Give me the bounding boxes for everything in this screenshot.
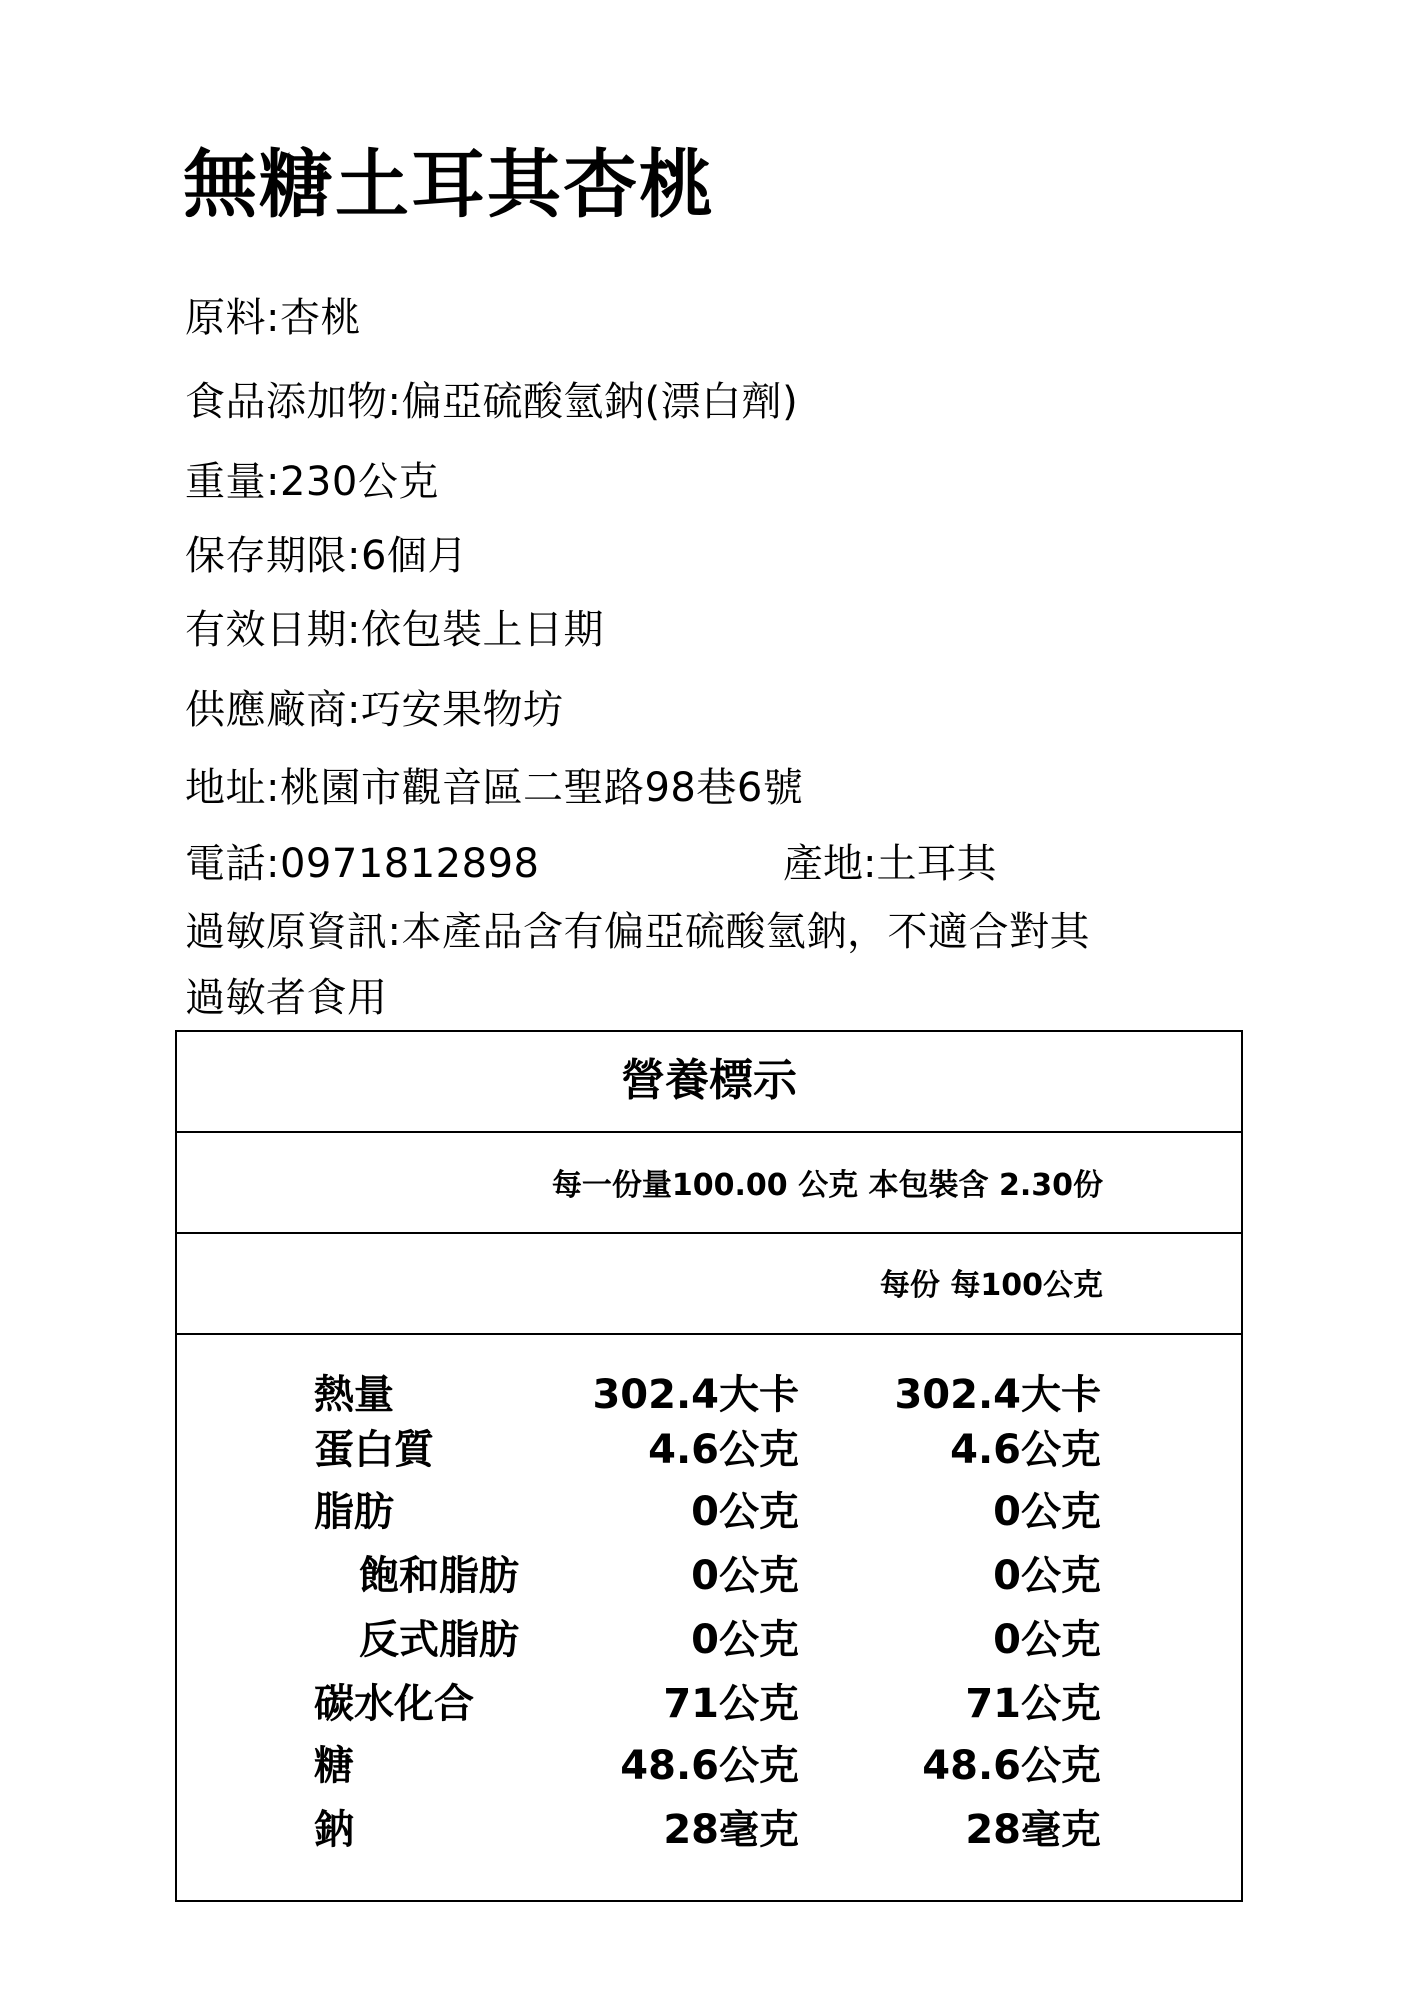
nutrient-name: 蛋白質: [314, 1430, 434, 1470]
nutrient-name: 飽和脂肪: [359, 1556, 519, 1596]
nutrient-per-serving: 28毫克: [539, 1810, 799, 1850]
nutrient-row-trans-fat: 反式脂肪 0公克 0公克: [177, 1620, 1241, 1680]
supplier-text: 供應廠商:巧安果物坊: [185, 690, 563, 730]
nutrient-per-serving: 71公克: [539, 1684, 799, 1724]
nutrient-per-100g: 302.4大卡: [841, 1375, 1101, 1415]
column-header-row: 每份 每100公克: [177, 1234, 1241, 1335]
allergen-text-line1: 過敏原資訊:本產品含有偏亞硫酸氫鈉，不適合對其: [185, 912, 1090, 952]
nutrient-row-calories: 熱量 302.4大卡 302.4大卡: [177, 1375, 1241, 1435]
nutrient-row-saturated-fat: 飽和脂肪 0公克 0公克: [177, 1556, 1241, 1616]
ingredients-text: 原料:杏桃: [185, 298, 361, 338]
origin-text: 產地:土耳其: [783, 844, 996, 884]
nutrient-name: 碳水化合: [314, 1684, 474, 1724]
nutrient-per-100g: 4.6公克: [841, 1430, 1101, 1470]
nutrition-table: 營養標示 每一份量100.00 公克 本包裝含 2.30份 每份 每100公克 …: [175, 1030, 1243, 1902]
nutrient-name: 糖: [314, 1746, 354, 1786]
additives-text: 食品添加物:偏亞硫酸氫鈉(漂白劑): [185, 382, 798, 422]
nutrient-per-serving: 4.6公克: [539, 1430, 799, 1470]
nutrient-row-carbohydrate: 碳水化合 71公克 71公克: [177, 1684, 1241, 1744]
nutrient-per-serving: 0公克: [539, 1556, 799, 1596]
nutrient-name: 脂肪: [314, 1492, 394, 1532]
allergen-text-line2: 過敏者食用: [185, 978, 388, 1018]
expiry-text: 有效日期:依包裝上日期: [185, 610, 604, 650]
column-headers: 每份 每100公克: [880, 1271, 1103, 1301]
nutrient-per-serving: 0公克: [539, 1620, 799, 1660]
nutrient-per-serving: 0公克: [539, 1492, 799, 1532]
nutrient-per-100g: 48.6公克: [841, 1746, 1101, 1786]
product-title: 無糖土耳其杏桃: [183, 148, 715, 222]
nutrient-per-100g: 0公克: [841, 1492, 1101, 1532]
nutrient-per-serving: 48.6公克: [539, 1746, 799, 1786]
nutrient-name: 反式脂肪: [359, 1620, 519, 1660]
nutrition-title: 營養標示: [177, 1059, 1241, 1103]
nutrient-per-100g: 0公克: [841, 1556, 1101, 1596]
weight-text: 重量:230公克: [185, 462, 439, 502]
nutrition-title-row: 營養標示: [177, 1032, 1241, 1133]
nutrient-row-sugar: 糖 48.6公克 48.6公克: [177, 1746, 1241, 1806]
nutrient-per-100g: 0公克: [841, 1620, 1101, 1660]
serving-info: 每一份量100.00 公克 本包裝含 2.30份: [552, 1171, 1103, 1201]
address-text: 地址:桃園市觀音區二聖路98巷6號: [185, 768, 803, 808]
nutrient-per-100g: 28毫克: [841, 1810, 1101, 1850]
nutrient-per-100g: 71公克: [841, 1684, 1101, 1724]
nutrient-row-protein: 蛋白質 4.6公克 4.6公克: [177, 1430, 1241, 1490]
nutrient-name: 熱量: [314, 1375, 394, 1415]
nutrient-row-sodium: 鈉 28毫克 28毫克: [177, 1810, 1241, 1870]
nutrient-per-serving: 302.4大卡: [539, 1375, 799, 1415]
nutrient-row-fat: 脂肪 0公克 0公克: [177, 1492, 1241, 1552]
shelf-life-text: 保存期限:6個月: [185, 536, 468, 576]
serving-info-row: 每一份量100.00 公克 本包裝含 2.30份: [177, 1133, 1241, 1234]
phone-text: 電話:0971812898: [185, 844, 539, 884]
nutrient-name: 鈉: [314, 1810, 354, 1850]
